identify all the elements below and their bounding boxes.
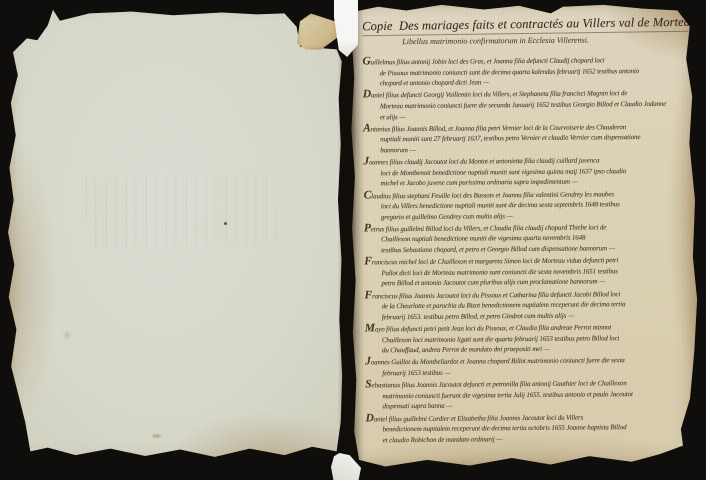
register-entry: Claudius filius stephani Feuille loci de… <box>364 187 690 223</box>
ink-stain <box>64 332 70 338</box>
register-entry: Joannes Guillot du Montbeliardot et Joan… <box>365 354 691 379</box>
ink-bleedthrough <box>85 173 277 250</box>
manuscript-text-block: Copie Des mariages faits et contractés a… <box>348 0 704 475</box>
left-page-blank <box>6 6 354 468</box>
register-entry: Franciscus michel loci de Chaillexon et … <box>364 254 690 290</box>
book-scan: Copie Des mariages faits et contractés a… <box>0 0 706 480</box>
register-entry: Petrus filius guillelmi Billod loci du V… <box>364 220 690 256</box>
ink-stain <box>152 434 161 438</box>
register-entry: Sebastianus filius Joannis Jacoutot defu… <box>365 377 691 413</box>
register-entry: Antonius filius Joannis Billod, et Joann… <box>363 120 689 156</box>
register-entry: Guillelmus filius antonij Jobin loci des… <box>362 54 688 90</box>
register-title: Copie Des mariages faits et contractés a… <box>362 15 688 37</box>
left-page-corner-flap <box>294 11 340 52</box>
register-entry: Joannes filius claudij Jacoutot loci du … <box>363 154 689 190</box>
entry-line: et claudio Robichon de mandato ordinarij… <box>366 432 692 445</box>
register-entry: Franciscus filius Joannis Jacoutot loci … <box>364 287 690 323</box>
white-page-edge-top <box>334 0 358 57</box>
register-entry: Daniel filius guillelmi Cordier et Eliza… <box>366 410 692 446</box>
register-subtitle: Libellus matrimonio confirmatorum in Ecc… <box>402 35 688 47</box>
register-entry: Daniel filius defuncti Georgij Vuillemin… <box>363 87 689 123</box>
ink-stain <box>224 222 227 225</box>
right-page-register: Copie Des mariages faits et contractés a… <box>350 2 702 474</box>
register-entries: Guillelmus filius antonij Jobin loci des… <box>362 54 691 446</box>
register-entry: Mayo filius defuncti petri petit Jean lo… <box>365 321 691 357</box>
white-page-corner-bottom <box>331 453 361 480</box>
